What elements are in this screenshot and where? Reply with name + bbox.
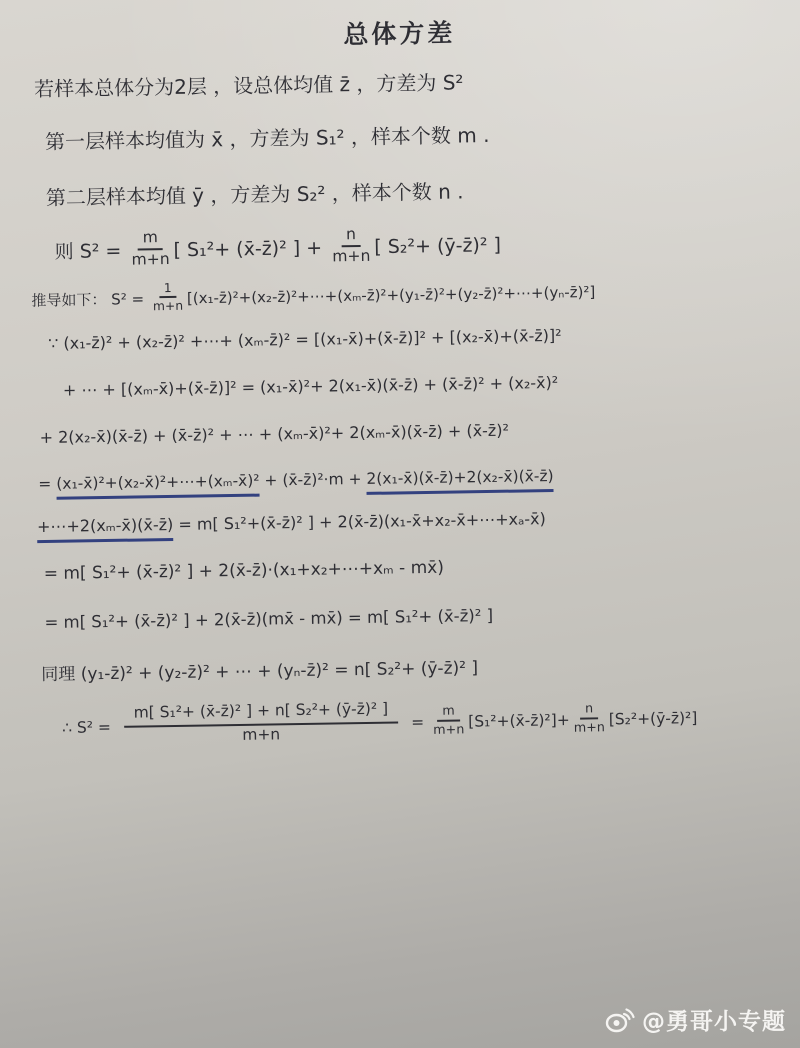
- math-text: + 2(x₂-x̄)(x̄-z̄) + (x̄-z̄)² + ⋯ + (xₘ-x…: [39, 421, 509, 447]
- handwritten-note-page: 总体方差 若样本总体分为2层 ，设总体均值 z̄ ，方差为 S²第一层样本均值为…: [0, 0, 800, 1048]
- underlined-expression: 2(x₁-x̄)(x̄-z̄)+2(x₂-x̄)(x̄-z̄): [366, 467, 554, 495]
- math-text: =: [406, 713, 429, 731]
- math-line: 第二层样本均值 ȳ ，方差为 S₂² ，样本个数 n .: [2, 171, 800, 214]
- math-text: + ⋯ + [(xₘ-x̄)+(x̄-z̄)]² = (x₁-x̄)²+ 2(x…: [63, 373, 559, 400]
- fraction: nm+n: [332, 226, 371, 266]
- math-text: [ S₁²+ (x̄-z̄)² ] +: [173, 237, 328, 261]
- fraction-numerator: 1: [159, 281, 177, 298]
- math-text: = m[ S₁²+ (x̄-z̄)² ] + 2(x̄-z̄)(mx̄ - mx…: [44, 606, 493, 632]
- fraction-denominator: m+n: [153, 298, 183, 314]
- math-line: +⋯+2(xₘ-x̄)(x̄-z̄) = m[ S₁²+(x̄-z̄)² ] +…: [7, 503, 800, 540]
- fraction-denominator: m+n: [332, 247, 370, 267]
- math-line: ∵ (x₁-z̄)² + (x₂-z̄)² +⋯+ (xₘ-z̄)² = [(x…: [4, 320, 800, 357]
- fraction: mm+n: [433, 704, 465, 738]
- math-text: 第一层样本均值为 x̄ ，方差为 S₁² ，样本个数 m .: [45, 123, 490, 154]
- math-line: 第一层样本均值为 x̄ ，方差为 S₁² ，样本个数 m .: [1, 115, 800, 158]
- math-line: ∴ S² = m[ S₁²+ (x̄-z̄)² ] + n[ S₂²+ (ȳ-z…: [10, 696, 800, 750]
- math-line: 若样本总体分为2层 ，设总体均值 z̄ ，方差为 S²: [0, 62, 800, 105]
- fraction-numerator: n: [580, 702, 598, 720]
- fraction: m[ S₁²+ (x̄-z̄)² ] + n[ S₂²+ (ȳ-z̄)² ]m+…: [124, 701, 399, 747]
- fraction-denominator: m+n: [433, 721, 464, 737]
- fraction-numerator: m: [437, 704, 460, 722]
- watermark: @勇哥小专题: [605, 1003, 786, 1036]
- math-text: [S₂²+(ȳ-z̄)²]: [609, 709, 698, 728]
- math-text: 推导如下： S² =: [31, 290, 149, 310]
- underlined-expression: (x₁-x̄)²+(x₂-x̄)²+⋯+(xₘ-x̄)²: [56, 472, 260, 500]
- math-line: = (x₁-x̄)²+(x₂-x̄)²+⋯+(xₘ-x̄)² + (x̄-z̄)…: [6, 461, 800, 497]
- math-text: ∴ S² =: [62, 718, 116, 737]
- math-line: + ⋯ + [(xₘ-x̄)+(x̄-z̄)]² = (x₁-x̄)²+ 2(x…: [5, 367, 800, 404]
- math-line: = m[ S₁²+ (x̄-z̄)² ] + 2(x̄-z̄)·(x₁+x₂+⋯…: [8, 550, 800, 588]
- math-lines: 若样本总体分为2层 ，设总体均值 z̄ ，方差为 S²第一层样本均值为 x̄ ，…: [0, 60, 800, 750]
- math-text: 则 S² =: [55, 240, 128, 263]
- math-text: + (x̄-z̄)²·m +: [259, 470, 366, 490]
- fraction-denominator: m+n: [131, 250, 169, 270]
- underlined-expression: +⋯+2(xₘ-x̄)(x̄-z̄): [37, 515, 174, 543]
- math-text: ∵ (x₁-z̄)² + (x₂-z̄)² +⋯+ (xₘ-z̄)² = [(x…: [48, 326, 562, 353]
- math-line: = m[ S₁²+ (x̄-z̄)² ] + 2(x̄-z̄)(mx̄ - mx…: [8, 599, 800, 636]
- math-text: 若样本总体分为2层 ，设总体均值 z̄ ，方差为 S²: [34, 70, 464, 101]
- fraction-numerator: m: [138, 229, 164, 250]
- math-text: [ S₂²+ (ȳ-z̄)² ]: [374, 234, 501, 258]
- math-line: + 2(x₂-x̄)(x̄-z̄) + (x̄-z̄)² + ⋯ + (xₘ-x…: [5, 414, 800, 451]
- math-text: 第二层样本均值 ȳ ，方差为 S₂² ，样本个数 n .: [46, 179, 464, 210]
- math-text: = m[ S₁²+(x̄-z̄)² ] + 2(x̄-z̄)(x₁-x̄+x₂-…: [173, 509, 546, 534]
- math-text: [(x₁-z̄)²+(x₂-z̄)²+⋯+(xₘ-z̄)²+(y₁-z̄)²+(…: [187, 283, 596, 307]
- fraction-denominator: m+n: [242, 725, 280, 744]
- watermark-handle: @勇哥小专题: [642, 1003, 786, 1036]
- math-text: = m[ S₁²+ (x̄-z̄)² ] + 2(x̄-z̄)·(x₁+x₂+⋯…: [44, 558, 444, 584]
- fraction: 1m+n: [153, 281, 184, 314]
- page-title: 总体方差: [0, 8, 800, 57]
- math-text: [S₁²+(x̄-z̄)²]+: [468, 711, 570, 731]
- fraction: nm+n: [573, 702, 605, 736]
- math-text: =: [38, 475, 56, 493]
- fraction-denominator: m+n: [574, 719, 605, 735]
- math-line: 同理 (y₁-z̄)² + (y₂-z̄)² + ⋯ + (yₙ-z̄)² = …: [9, 651, 800, 689]
- fraction-numerator: n: [341, 226, 361, 247]
- math-text: 同理 (y₁-z̄)² + (y₂-z̄)² + ⋯ + (yₙ-z̄)² = …: [41, 658, 478, 685]
- fraction-numerator: m[ S₁²+ (x̄-z̄)² ] + n[ S₂²+ (ȳ-z̄)² ]: [124, 701, 399, 728]
- math-line: 则 S² = mm+n[ S₁²+ (x̄-z̄)² ] + nm+n[ S₂²…: [2, 221, 800, 273]
- math-line: 推导如下： S² = 1m+n[(x₁-z̄)²+(x₂-z̄)²+⋯+(xₘ-…: [3, 273, 800, 318]
- fraction: mm+n: [131, 229, 170, 269]
- weibo-icon: [605, 1007, 635, 1033]
